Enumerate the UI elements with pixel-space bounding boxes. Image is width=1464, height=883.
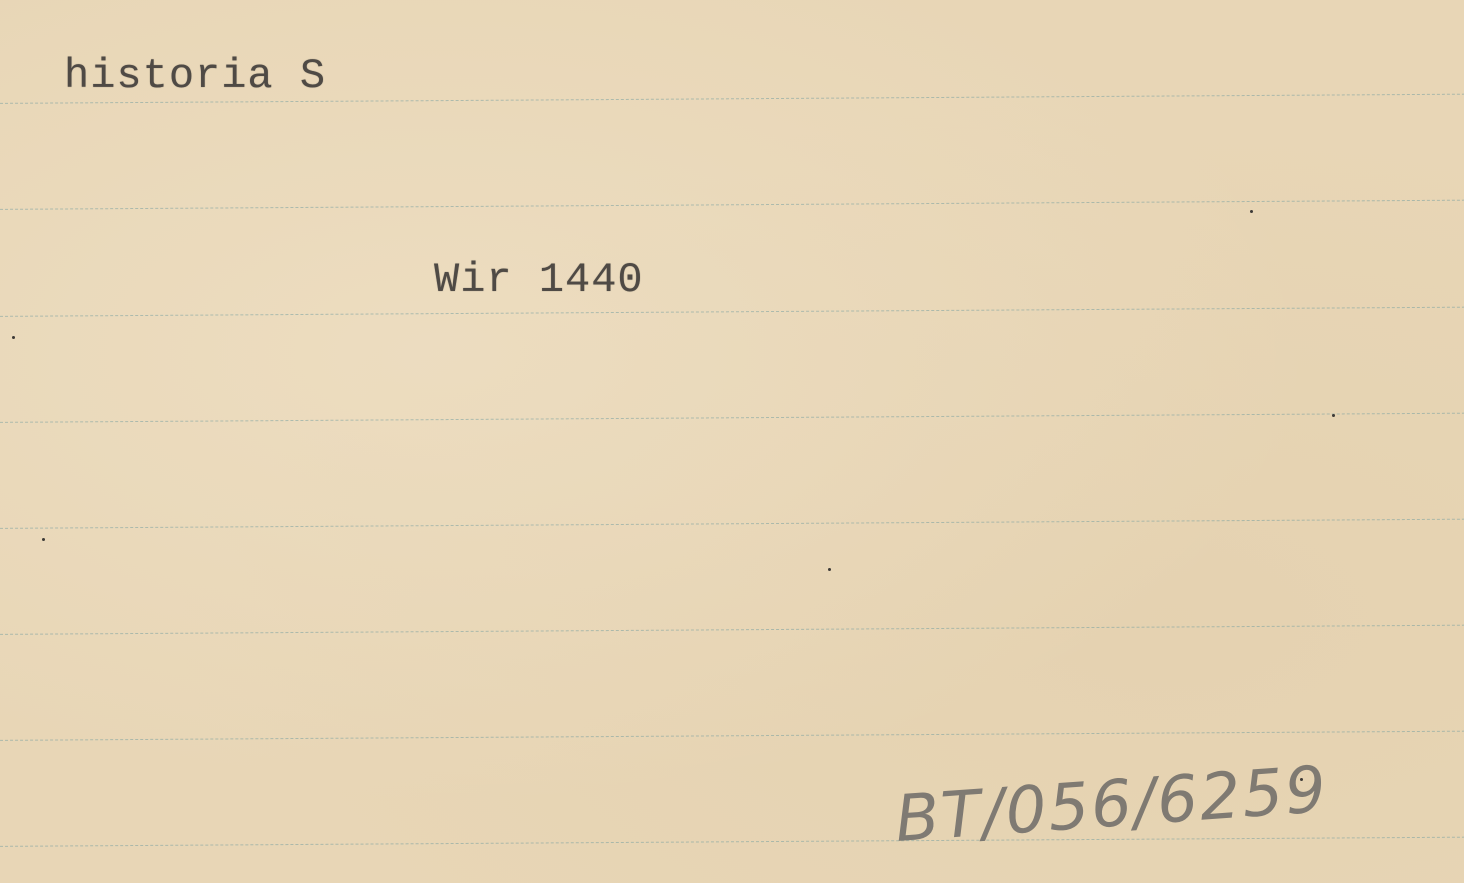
ruled-line bbox=[0, 413, 1464, 423]
paper-speck bbox=[42, 538, 45, 541]
paper-speck bbox=[1250, 210, 1253, 213]
ruled-line bbox=[0, 731, 1464, 741]
catalog-card: historia S Wir 1440 BT/056/6259 bbox=[0, 0, 1464, 883]
ruled-line bbox=[0, 200, 1464, 210]
paper-speck bbox=[1300, 778, 1303, 781]
subject-heading: historia S bbox=[64, 52, 326, 100]
call-number: Wir 1440 bbox=[434, 256, 644, 304]
ruled-line bbox=[0, 519, 1464, 529]
paper-speck bbox=[12, 336, 15, 339]
ruled-line bbox=[0, 625, 1464, 635]
paper-speck bbox=[828, 568, 831, 571]
ruled-line bbox=[0, 307, 1464, 317]
handwritten-shelfmark: BT/056/6259 bbox=[893, 753, 1330, 857]
ruled-line bbox=[0, 837, 1464, 847]
paper-speck bbox=[1332, 414, 1335, 417]
